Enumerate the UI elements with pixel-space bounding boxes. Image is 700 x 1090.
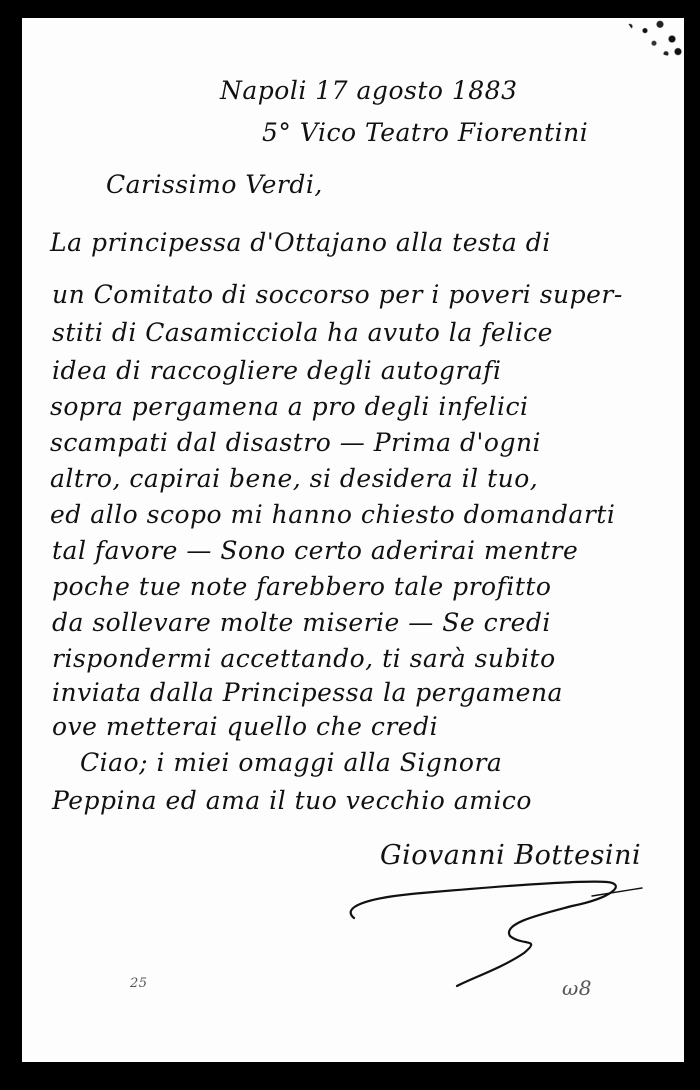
- letter-page: Napoli 17 agosto 1883 5° Vico Teatro Fio…: [22, 18, 684, 1062]
- archive-mark: ω8: [562, 976, 592, 1000]
- archive-number: 25: [130, 976, 148, 991]
- body-line: scampati dal disastro — Prima d'ogni: [50, 428, 541, 457]
- body-line: stiti di Casamicciola ha avuto la felice: [52, 318, 553, 347]
- place-date: Napoli 17 agosto 1883: [220, 76, 518, 105]
- body-line: ove metterai quello che credi: [52, 712, 438, 741]
- signature-flourish-icon: [342, 868, 672, 1008]
- closing-line: Peppina ed ama il tuo vecchio amico: [52, 786, 532, 815]
- body-line: sopra pergamena a pro degli infelici: [50, 392, 528, 421]
- corner-stain: [624, 18, 684, 60]
- body-line: ed allo scopo mi hanno chiesto domandart…: [50, 500, 615, 529]
- body-line: rispondermi accettando, ti sarà subito: [52, 644, 556, 673]
- address: 5° Vico Teatro Fiorentini: [262, 118, 588, 147]
- body-line: poche tue note farebbero tale profitto: [52, 572, 551, 601]
- body-line: un Comitato di soccorso per i poveri sup…: [52, 280, 623, 309]
- body-line: da sollevare molte miserie — Se credi: [52, 608, 551, 637]
- body-line: inviata dalla Principessa la pergamena: [52, 678, 563, 707]
- salutation: Carissimo Verdi,: [106, 170, 323, 199]
- body-line: idea di raccogliere degli autografi: [52, 356, 501, 385]
- body-line: altro, capirai bene, si desidera il tuo,: [50, 464, 538, 493]
- signature: Giovanni Bottesini: [380, 840, 641, 871]
- body-line: La principessa d'Ottajano alla testa di: [50, 228, 551, 257]
- body-line: tal favore — Sono certo aderirai mentre: [52, 536, 578, 565]
- closing-line: Ciao; i miei omaggi alla Signora: [80, 748, 502, 777]
